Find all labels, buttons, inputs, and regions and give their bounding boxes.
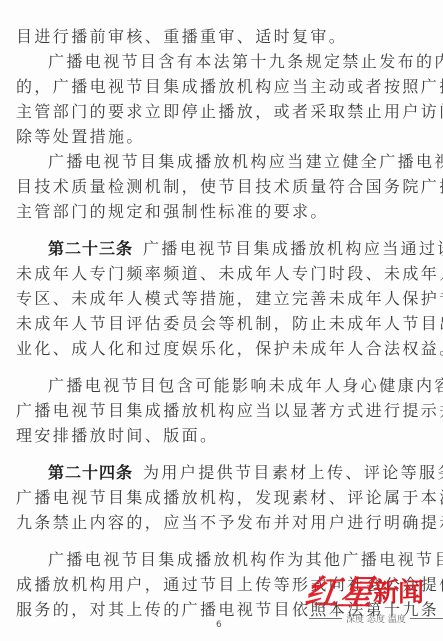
text-line: 理安排播放时间、版面。 (16, 424, 218, 448)
text-line: 广播电视节目集成播放机构作为其他广播电视节目集 (48, 548, 443, 572)
text-line: 未成年人节目评估委员会等机制，防止未成年人节目出现商 (16, 312, 443, 336)
text-line: 除等处置措施。 (16, 125, 145, 149)
text-line: 目技术质量检测机制，使节目技术质量符合国务院广播电视 (16, 175, 443, 199)
watermark-tagline-text: 深度 态度 温度 (346, 612, 406, 625)
text-line: 目进行播前审核、重播重审、适时复审。 (16, 25, 347, 49)
text-line: 未成年人专门频率频道、未成年人专门时段、未成年人节目 (16, 262, 443, 286)
watermark-tagline: 深度 态度 温度 (309, 612, 443, 625)
divider (410, 618, 443, 619)
document-page: 目进行播前审核、重播重审、适时复审。 广播电视节目含有本法第十九条规定禁止发布的… (0, 0, 443, 641)
text-line: 广播电视节目集成播放机构，发现素材、评论属于本法第十 (16, 486, 443, 510)
watermark-logo: 红星新闻 (305, 576, 423, 610)
article-number: 第二十四条 (48, 463, 133, 482)
article-heading-line: 第二十四条为用户提供节目素材上传、评论等服务的 (48, 461, 443, 485)
article-heading-line: 第二十三条广播电视节目集成播放机构应当通过设立 (48, 237, 443, 261)
text-line: 广播电视节目包含可能影响未成年人身心健康内容的， (48, 374, 443, 398)
text-line: 主管部门的规定和强制性标准的要求。 (16, 200, 329, 224)
text-line: 广播电视节目集成播放机构应当以显著方式进行提示并合 (16, 399, 443, 423)
text-line: 的，广播电视节目集成播放机构应当主动或者按照广播电视 (16, 75, 443, 99)
text-line: 主管部门的要求立即停止播放，或者采取禁止用户访问、删 (16, 100, 443, 124)
text-line: 广播电视节目集成播放机构应当建立健全广播电视节 (48, 150, 443, 174)
article-number: 第二十三条 (48, 239, 133, 258)
red-star-news-watermark: 红星新闻 深度 态度 温度 (305, 576, 443, 628)
page-number: 6 (216, 620, 222, 630)
divider (309, 618, 342, 619)
text-line: 九条禁止内容的，应当不予发布并对用户进行明确提示。 (16, 511, 443, 535)
text-line: 广播电视节目含有本法第十九条规定禁止发布的内容 (48, 50, 443, 74)
text-line: 业化、成人化和过度娱乐化，保护未成年人合法权益。 (16, 337, 443, 361)
watermark-logo-news-text: 新闻 (373, 576, 423, 610)
watermark-logo-red-text: 红星 (303, 576, 376, 610)
text-line: 专区、未成年人模式等措施，建立完善未成年人保护专员、 (16, 287, 443, 311)
